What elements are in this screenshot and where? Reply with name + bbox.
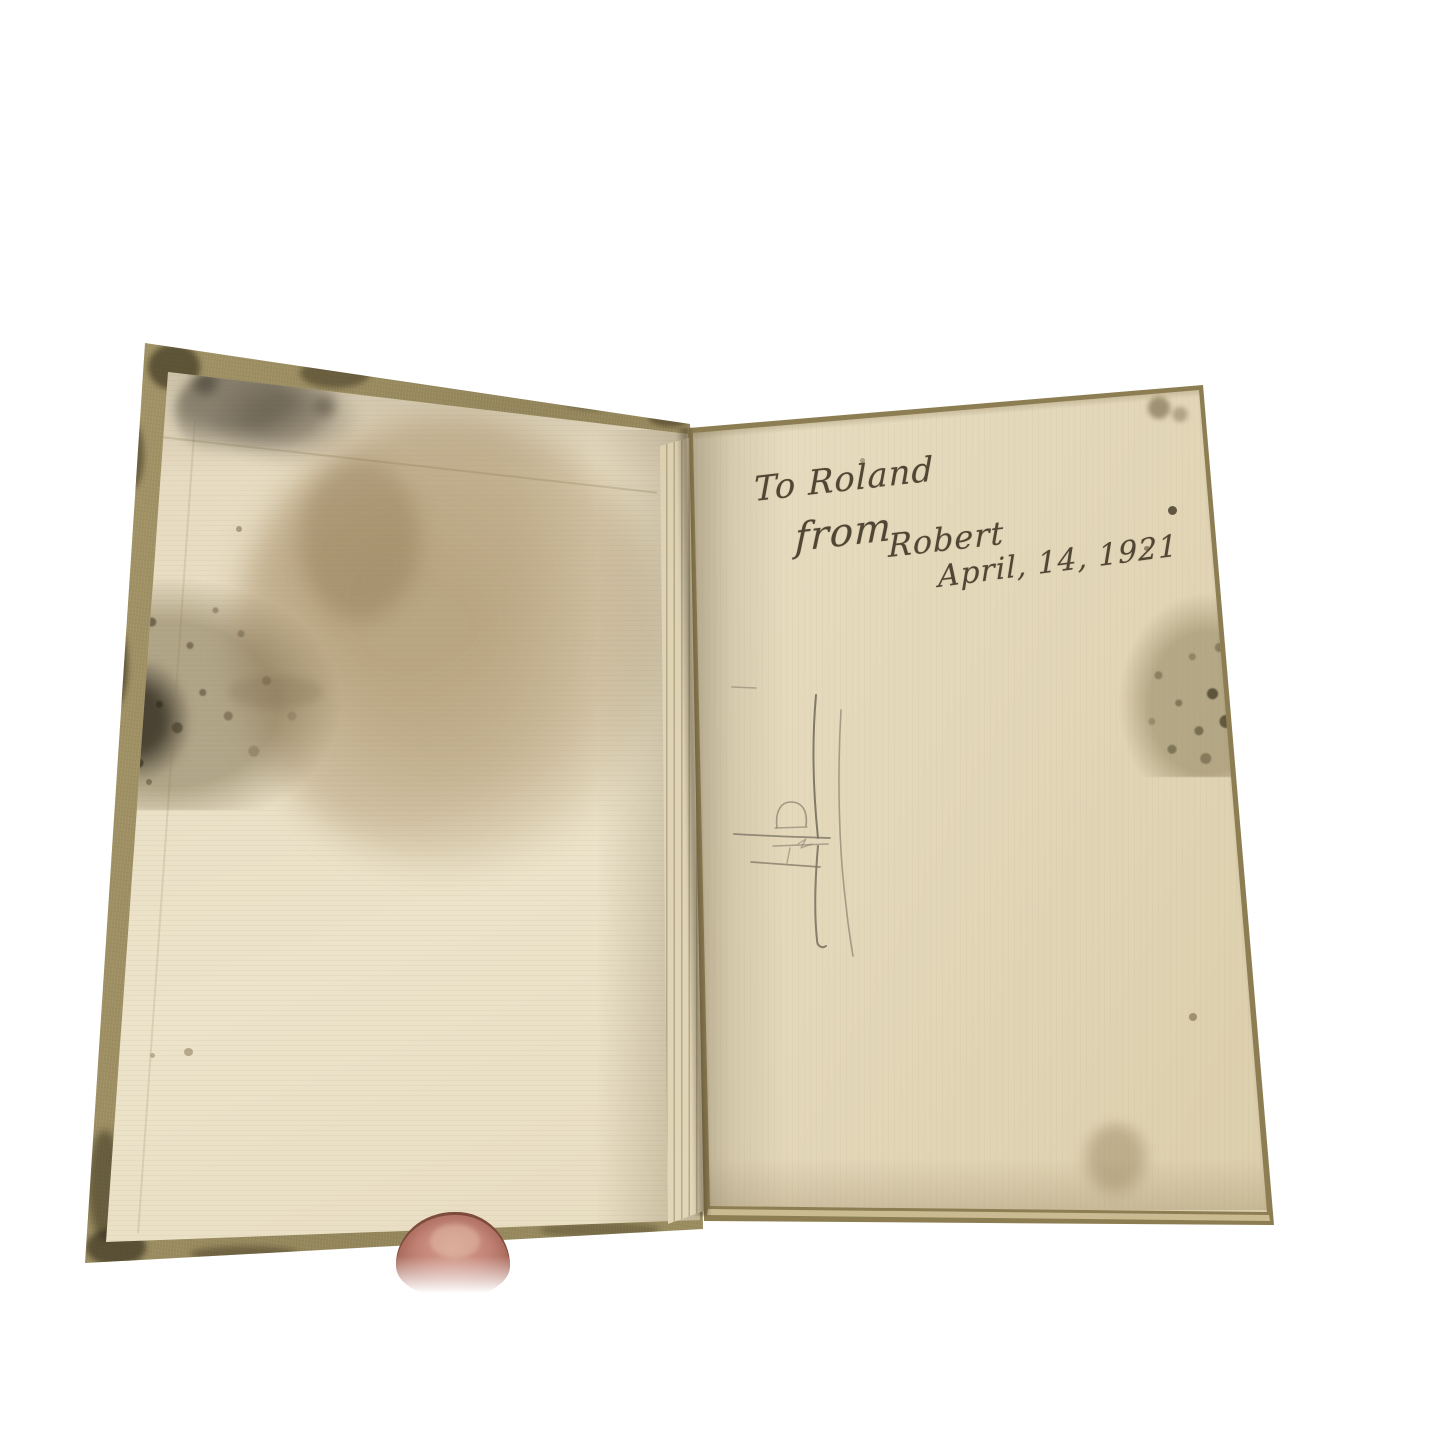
background-cutout-fade xyxy=(372,1256,540,1316)
ink-dot xyxy=(1168,506,1177,515)
page-bottom-shade xyxy=(705,1158,1270,1210)
cloth-wear-spot xyxy=(98,620,128,710)
foxing-dot xyxy=(236,526,242,532)
foxing-dot xyxy=(184,1048,193,1056)
cloth-wear-spot xyxy=(648,405,693,427)
cloth-wear-spot xyxy=(560,383,630,409)
thumb-nail-highlight xyxy=(430,1224,480,1258)
corner-smudge-top-right xyxy=(1138,388,1198,432)
inscription-line-2-from: from xyxy=(794,505,892,561)
foxing-dot xyxy=(1189,1013,1197,1021)
ink-ghost-offset xyxy=(228,676,323,708)
smudge-bottom xyxy=(1078,1122,1153,1202)
pencil-sketch xyxy=(718,678,878,978)
foxing-dot xyxy=(146,779,152,785)
cloth-wear-spot xyxy=(118,420,144,490)
book-photo: To Roland from Robert April, 14, 1921 xyxy=(0,0,1445,1445)
cloth-wear-spot xyxy=(300,358,370,388)
cloth-wear-spot xyxy=(190,1246,300,1262)
